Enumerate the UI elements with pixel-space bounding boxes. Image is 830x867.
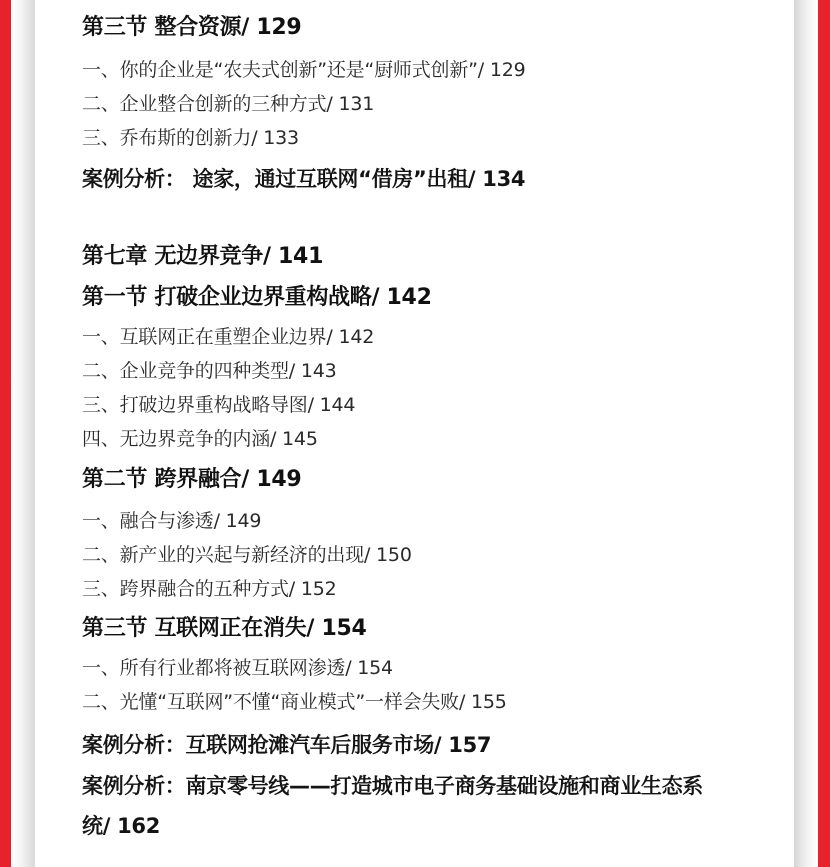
toc-section-heading: 第三节 整合资源/ 129 bbox=[82, 10, 301, 41]
toc-section-heading: 第一节 打破企业边界重构战略/ 142 bbox=[82, 280, 432, 311]
toc-item: 三、乔布斯的创新力/ 133 bbox=[82, 123, 299, 150]
toc-item: 一、互联网正在重塑企业边界/ 142 bbox=[82, 322, 374, 349]
left-red-border bbox=[0, 0, 11, 867]
toc-item: 二、新产业的兴起与新经济的出现/ 150 bbox=[82, 540, 412, 567]
toc-item: 二、企业竞争的四种类型/ 143 bbox=[82, 356, 337, 383]
toc-case-study-continued: 统/ 162 bbox=[82, 810, 160, 840]
toc-section-heading: 第二节 跨界融合/ 149 bbox=[82, 462, 301, 493]
right-page-shadow bbox=[794, 0, 818, 867]
toc-item: 二、光懂“互联网”不懂“商业模式”一样会失败/ 155 bbox=[82, 687, 507, 714]
toc-case-study: 案例分析：南京零号线——打造城市电子商务基础设施和商业生态系 bbox=[82, 770, 703, 800]
toc-item: 四、无边界竞争的内涵/ 145 bbox=[82, 424, 318, 451]
toc-case-study: 案例分析： 途家，通过互联网“借房”出租/ 134 bbox=[82, 163, 525, 193]
right-red-border bbox=[818, 0, 830, 867]
toc-item: 一、所有行业都将被互联网渗透/ 154 bbox=[82, 653, 393, 680]
toc-item: 三、跨界融合的五种方式/ 152 bbox=[82, 574, 337, 601]
toc-case-study: 案例分析：互联网抢滩汽车后服务市场/ 157 bbox=[82, 729, 491, 759]
toc-item: 二、企业整合创新的三种方式/ 131 bbox=[82, 89, 374, 116]
left-page-shadow bbox=[11, 0, 35, 867]
toc-chapter-heading: 第七章 无边界竞争/ 141 bbox=[82, 239, 323, 270]
toc-section-heading: 第三节 互联网正在消失/ 154 bbox=[82, 611, 366, 642]
toc-item: 一、融合与渗透/ 149 bbox=[82, 506, 261, 533]
toc-item: 三、打破边界重构战略导图/ 144 bbox=[82, 390, 355, 417]
toc-item: 一、你的企业是“农夫式创新”还是“厨师式创新”/ 129 bbox=[82, 55, 525, 82]
